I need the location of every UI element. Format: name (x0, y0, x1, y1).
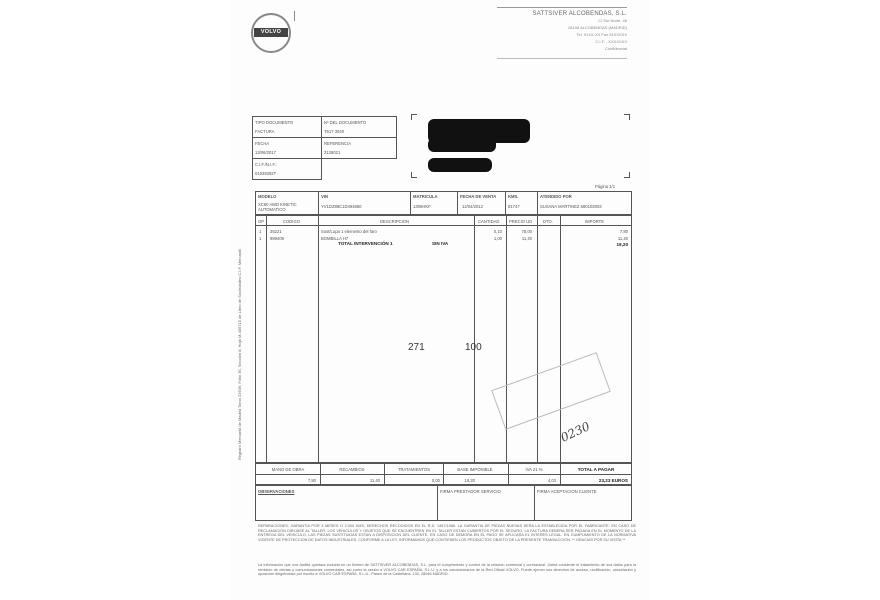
base-imponible-label: BASE IMPONIBLE (445, 467, 505, 472)
referencia-value: 3128021 (324, 150, 340, 155)
registry-side-text: Registro Mercantil de Madrid Tomo 22636,… (237, 180, 242, 460)
col-divider (560, 215, 561, 463)
overlay-number: 100 (465, 342, 482, 353)
tipo-documento-box: TIPO DOCUMENTO FACTURA (252, 116, 322, 138)
row-op: 1 (259, 236, 261, 241)
redaction-mark (428, 158, 492, 172)
total-pagar-value: 23,23 EUROS (562, 478, 628, 483)
atendido-value: SUSANA MARTINEZ 680103003 (540, 204, 602, 209)
col-divider (474, 215, 475, 463)
col-divider (266, 215, 267, 463)
divider (437, 485, 438, 521)
fecha-venta-value: 12/04/2012 (462, 204, 483, 209)
col-header-importe: IMPORTE (585, 219, 604, 224)
row-codigo: 989409 (270, 236, 284, 241)
company-header: SATTSIVER ALCOBENDAS, S.L. C/ Sur Norte,… (497, 7, 627, 62)
base-imponible-value: 19,20 (445, 478, 475, 483)
divider (384, 463, 385, 485)
window-corner-bl (411, 172, 417, 178)
redaction-mark (428, 138, 496, 152)
firma-cliente-label: FIRMA ACEPTACION CLIENTE (537, 489, 597, 494)
overlay-number: 271 (408, 342, 425, 353)
row-precio: 11,40 (510, 236, 532, 241)
modelo-label: MODELO (258, 194, 276, 199)
observaciones-label: OBSERVACIONES (258, 489, 294, 494)
tratamientos-label: TRATAMIENTOS (386, 467, 442, 472)
col-header-codigo: CODIGO (283, 219, 300, 224)
vin-value: YV1DZ88C1D494860 (321, 204, 362, 209)
total-intervencion-value: 19,20 (600, 242, 628, 247)
recambios-label: RECAMBIOS (322, 467, 382, 472)
total-intervencion-label: TOTAL INTERVENCIÓN 1 (338, 241, 393, 246)
col-header-dto: DTO. (543, 219, 553, 224)
col-header-descripcion: DESCRIPCION (380, 219, 409, 224)
company-cif: C.I.F. - XXXXXXX (497, 38, 627, 45)
mano-obra-label: MANO DE OBRA (258, 467, 318, 472)
fecha-venta-label: FECHA DE VENTA (460, 194, 496, 199)
cif-box: C.I.F./N.I.F.: 01939392T (252, 158, 322, 180)
tipo-documento-value: FACTURA (255, 129, 275, 134)
header-rule (497, 7, 627, 8)
firma-prestador-label: FIRMA PRESTADOR SERVICIO (440, 489, 501, 494)
col-header-precio: PRECIO UD (509, 219, 532, 224)
header-divider (255, 225, 632, 226)
cif-value: 01939392T (255, 171, 276, 176)
vin-label: VIN (321, 194, 328, 199)
cif-label: C.I.F./N.I.F.: (255, 162, 277, 167)
row-codigo: 35221 (270, 229, 282, 234)
col-header-cantidad: CANTIDAD (478, 219, 499, 224)
fecha-label: FECHA (255, 141, 269, 146)
recambios-value: 11,40 (322, 478, 380, 483)
volvo-logo: VOLVO (251, 13, 291, 53)
company-address-1: C/ Sur Norte, 46 (497, 17, 627, 24)
row-importe: 11,40 (600, 236, 628, 241)
col-header-op: OP (258, 219, 264, 224)
row-op: 1 (259, 229, 261, 234)
logo-arrow-icon (291, 11, 295, 21)
row-descripcion: Sust/Lupa 1 elemento del faro (321, 229, 377, 234)
row-precio: 78,00 (510, 229, 532, 234)
privacy-notice: La información que nos facilita quedará … (258, 563, 636, 577)
total-intervencion-note: SIN IVA (432, 241, 448, 246)
divider (318, 191, 319, 215)
header-rule-bottom (497, 58, 627, 59)
divider (505, 191, 506, 215)
company-phone: Tel. 91XX-XX Fax 91XXXXX (497, 31, 627, 38)
logo-text: VOLVO (254, 28, 288, 37)
divider (320, 463, 321, 485)
tratamientos-value: 0,00 (386, 478, 440, 483)
divider (508, 463, 509, 485)
matricula-value: 1306HKF (413, 204, 431, 209)
numero-documento-value: T617 3040 (324, 129, 344, 134)
company-address-2: 28108 ALCOBENDAS (MADRID) (497, 24, 627, 31)
page-number: Página 1/1 (595, 184, 615, 189)
divider (560, 463, 561, 485)
tipo-documento-label: TIPO DOCUMENTO (255, 120, 293, 125)
kms-label: KMS. (508, 194, 518, 199)
total-pagar-label: TOTAL A PAGAR (562, 467, 630, 472)
window-corner-br (624, 172, 630, 178)
referencia-label: REFERENCIA (324, 141, 351, 146)
numero-documento-label: Nº DEL DOCUMENTO (324, 120, 366, 125)
referencia-box: REFERENCIA 3128021 (321, 137, 397, 159)
row-cantidad: 1,00 (480, 236, 502, 241)
matricula-label: MATRICULA (413, 194, 438, 199)
row-importe: 7,80 (600, 229, 628, 234)
company-extra: Confidencial (497, 45, 627, 52)
fecha-value: 13/06/2017 (255, 150, 276, 155)
divider (457, 191, 458, 215)
iva-value: 4,03 (510, 478, 556, 483)
col-divider (537, 215, 538, 463)
window-corner-tl (411, 114, 417, 120)
fecha-box: FECHA 13/06/2017 (252, 137, 322, 159)
col-divider (318, 215, 319, 463)
divider (534, 485, 535, 521)
divider (537, 191, 538, 215)
modelo-value: XC60 AWD KINETIC AUTOMATICO (258, 202, 316, 212)
mano-obra-value: 7,80 (258, 478, 316, 483)
window-corner-tr (624, 114, 630, 120)
row-cantidad: 0,10 (480, 229, 502, 234)
divider (443, 463, 444, 485)
atendido-label: ATENDIDO POR (540, 194, 572, 199)
numero-documento-box: Nº DEL DOCUMENTO T617 3040 (321, 116, 397, 138)
iva-label: IVA 21 % (510, 467, 558, 472)
divider (410, 191, 411, 215)
legal-terms: REPARACIONES: GARANTIA POR 3 MESES O 2.0… (258, 524, 636, 542)
kms-value: 81747 (508, 204, 520, 209)
